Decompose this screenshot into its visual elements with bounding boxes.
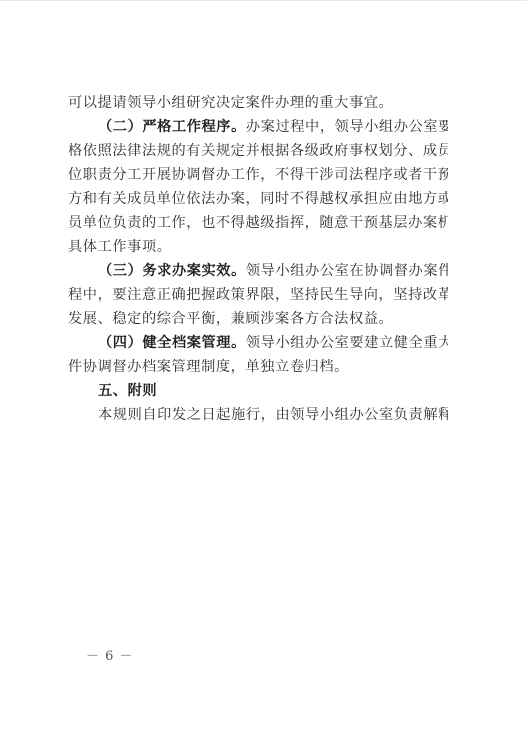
page-number: － 6 － [86, 645, 134, 664]
section-3-line-3: 发展、稳定的综合平衡，兼顾涉案各方合法权益。 [68, 307, 448, 331]
section-2-line-4: 方和有关成员单位依法办案，同时不得越权承担应由地方或成 [68, 187, 448, 211]
continuation-line: 可以提请领导小组研究决定案件办理的重大事宜。 [68, 91, 448, 115]
section-4-label: （四）健全档案管理。 [98, 335, 246, 351]
section-2-line-2: 格依照法律法规的有关规定并根据各级政府事权划分、成员单 [68, 139, 448, 163]
section-2-line-6: 具体工作事项。 [68, 235, 448, 259]
chapter-body: 本规则自印发之日起施行，由领导小组办公室负责解释。 [68, 403, 448, 427]
section-2-line-3: 位职责分工开展协调督办工作，不得干涉司法程序或者干预地 [68, 163, 448, 187]
section-3-line-1: （三）务求办案实效。领导小组办公室在协调督办案件过 [68, 259, 448, 283]
section-4-line-2: 件协调督办档案管理制度，单独立卷归档。 [68, 355, 448, 379]
section-2-line-1: （二）严格工作程序。办案过程中，领导小组办公室要严 [68, 115, 448, 139]
section-2-line-5: 员单位负责的工作，也不得越级指挥，随意干预基层办案机关 [68, 211, 448, 235]
section-4-text: 领导小组办公室要建立健全重大案 [246, 335, 448, 351]
section-3-line-2: 程中，要注意正确把握政策界限，坚持民生导向，坚持改革、 [68, 283, 448, 307]
section-3-text: 领导小组办公室在协调督办案件过 [246, 263, 448, 279]
section-2-label: （二）严格工作程序。 [98, 119, 246, 135]
document-page: 可以提请领导小组研究决定案件办理的重大事宜。 （二）严格工作程序。办案过程中，领… [68, 91, 448, 427]
section-2-text: 办案过程中，领导小组办公室要严 [246, 119, 448, 135]
section-4-line-1: （四）健全档案管理。领导小组办公室要建立健全重大案 [68, 331, 448, 355]
page-top-edge [0, 0, 527, 1]
chapter-heading: 五、附则 [68, 379, 448, 403]
section-3-label: （三）务求办案实效。 [98, 263, 246, 279]
